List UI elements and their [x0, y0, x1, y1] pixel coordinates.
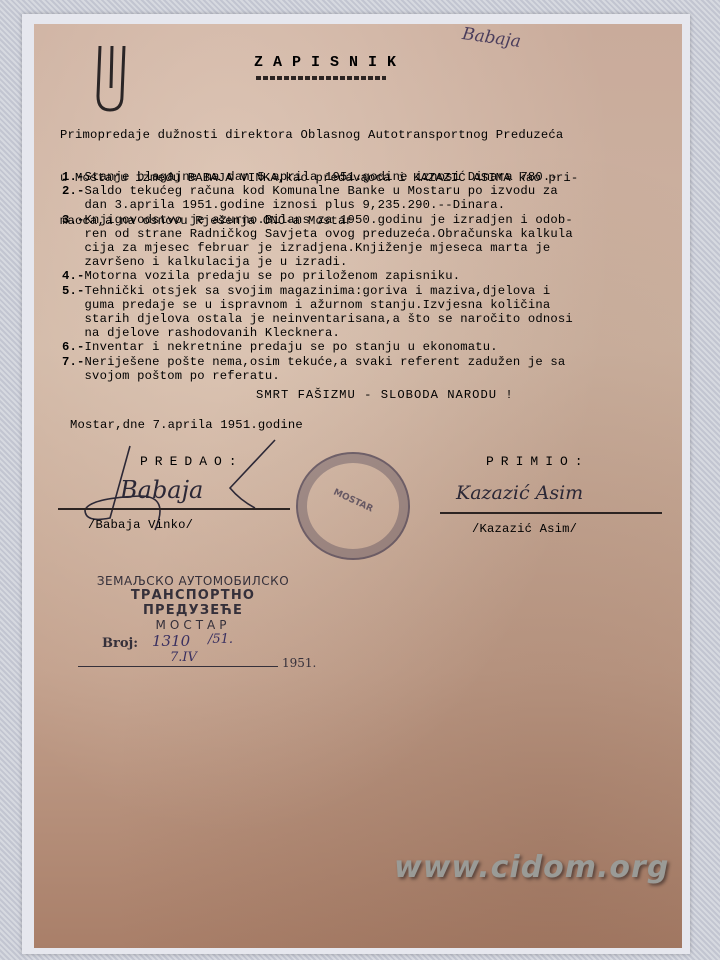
registry-stamp-line: МОСТАР [78, 618, 308, 632]
list-item-line: na djelove rashodovanih Klecknera. [62, 326, 573, 340]
item-text: Neriješene pošte nema,osim tekuće,a svak… [85, 355, 566, 369]
registry-stamp-line: ЗЕМАЉСКО АУТОМОБИЛСКО [78, 574, 308, 588]
item-text: na djelove rashodovanih Klecknera. [62, 326, 340, 340]
item-text: cija za mjesec februar je izradjena.Knji… [62, 241, 550, 255]
list-item-line: ren od strane Radničkog Savjeta ovog pre… [62, 227, 573, 241]
item-text: ren od strane Radničkog Savjeta ovog pre… [62, 227, 573, 241]
item-number: 4.- [62, 269, 85, 283]
list-item-line: 4.-Motorna vozila predaju se po priložen… [62, 269, 573, 283]
title-underline [256, 76, 386, 80]
list-item-line: 1.-Stanje blagajne na dan 5.aprila 1951.… [62, 170, 573, 184]
item-text: guma predaje se u ispravnom i ažurnom st… [62, 298, 550, 312]
registry-date: 7.IV [170, 650, 197, 665]
registry-stamp: ЗЕМАЉСКО АУТОМОБИЛСКО ТРАНСПОРТНО ПРЕДУЗ… [78, 574, 308, 668]
receiver-name: /Kazazić Asim/ [472, 522, 577, 536]
intro-line: Primopredaje dužnosti direktora Oblasnog… [60, 128, 578, 142]
item-text: Inventar i nekretnine predaju se po stan… [85, 340, 498, 354]
item-number: 3.- [62, 213, 85, 227]
list-item-line: starih djelova ostala je neinventarisana… [62, 312, 573, 326]
item-text: završeno i kalkulacija je u izradi. [62, 255, 348, 269]
receiver-label: PRIMIO: [486, 455, 590, 469]
registry-number-label: Broj: [102, 636, 138, 651]
list-item-line: cija za mjesec februar je izradjena.Knji… [62, 241, 573, 255]
item-number: 6.- [62, 340, 85, 354]
list-item-line: završeno i kalkulacija je u izradi. [62, 255, 573, 269]
round-stamp: MOSTAR [296, 452, 410, 560]
item-text: Tehnički otsjek sa svojim magazinima:gor… [85, 284, 551, 298]
list-item-line: dan 3.aprila 1951.godine iznosi plus 9,2… [62, 198, 573, 212]
list-item-line: 3.-Knjigovodstvo je azurno.Bilans za 195… [62, 213, 573, 227]
registry-number: 1310 [152, 632, 190, 650]
item-number: 1.- [62, 170, 85, 184]
item-number: 2.- [62, 184, 85, 198]
item-list: 1.-Stanje blagajne na dan 5.aprila 1951.… [62, 170, 573, 383]
receiver-signature-line [440, 512, 662, 514]
item-text: Knjigovodstvo je azurno.Bilans za 1950.g… [85, 213, 573, 227]
list-item-line: 7.-Neriješene pošte nema,osim tekuće,a s… [62, 355, 573, 369]
list-item-line: 6.-Inventar i nekretnine predaju se po s… [62, 340, 573, 354]
place-date: Mostar,dne 7.aprila 1951.godine [70, 418, 303, 432]
giver-name: /Babaja Vinko/ [88, 518, 193, 532]
slogan: SMRT FAŠIZMU - SLOBODA NARODU ! [256, 388, 514, 402]
list-item-line: 2.-Saldo tekućeg računa kod Komunalne Ba… [62, 184, 573, 198]
registry-year: 1951. [282, 656, 316, 670]
item-text: dan 3.aprila 1951.godine iznosi plus 9,2… [62, 198, 505, 212]
item-text: starih djelova ostala je neinventarisana… [62, 312, 573, 326]
round-stamp-text: MOSTAR [301, 473, 405, 529]
item-text: svojom poštom po referatu. [62, 369, 280, 383]
giver-signature-line [58, 508, 290, 510]
item-number: 7.- [62, 355, 85, 369]
giver-signature: Babaja [120, 476, 203, 504]
registry-number-suffix: /51. [208, 632, 233, 647]
item-text: Stanje blagajne na dan 5.aprila 1951.god… [85, 170, 558, 184]
item-text: Saldo tekućeg računa kod Komunalne Banke… [85, 184, 558, 198]
receiver-signature: Kazazić Asim [456, 482, 583, 504]
list-item-line: svojom poštom po referatu. [62, 369, 573, 383]
list-item-line: 5.-Tehnički otsjek sa svojim magazinima:… [62, 284, 573, 298]
registry-stamp-line: ТРАНСПОРТНО ПРЕДУЗЕЋЕ [78, 588, 308, 618]
item-number: 5.- [62, 284, 85, 298]
document-title: ZAPISNIK [254, 54, 406, 71]
item-text: Motorna vozila predaju se po priloženom … [85, 269, 461, 283]
registry-line [78, 666, 278, 667]
watermark: www.cidom.org [394, 850, 669, 885]
list-item-line: guma predaje se u ispravnom i ažurnom st… [62, 298, 573, 312]
